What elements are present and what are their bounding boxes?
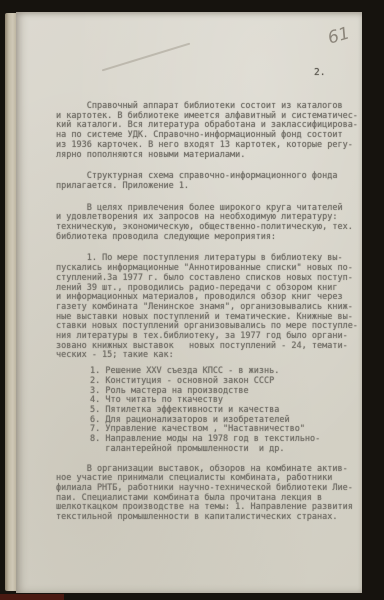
paragraph-exhibition-participants: В организации выставок, обзоров на комби… [56,465,368,523]
handwritten-folio-number: 61 [326,23,352,48]
pencil-stroke-mark [102,43,191,72]
typed-page-number: 2. [314,67,325,78]
exhibition-topics-list: 1. Решение XXV съезда КПСС - в жизнь. 2.… [56,367,368,454]
paragraph-reference-apparatus: Справочный аппарат библиотеки состоит из… [56,102,368,160]
typescript-text-column: Справочный аппарат библиотеки состоит из… [56,102,368,535]
paragraph-reader-outreach: В целях привлечения более широкого круга… [56,204,368,243]
scanner-bed-sliver [0,594,64,600]
scanned-document-view: 61 2. Справочный аппарат библиотеки сост… [0,0,384,600]
paragraph-annotated-lists: 1. По мере поступления литературы в библ… [56,254,368,361]
document-page: 61 2. Справочный аппарат библиотеки сост… [16,12,362,593]
paragraph-structural-scheme: Структурная схема справочно-информационн… [56,172,368,191]
